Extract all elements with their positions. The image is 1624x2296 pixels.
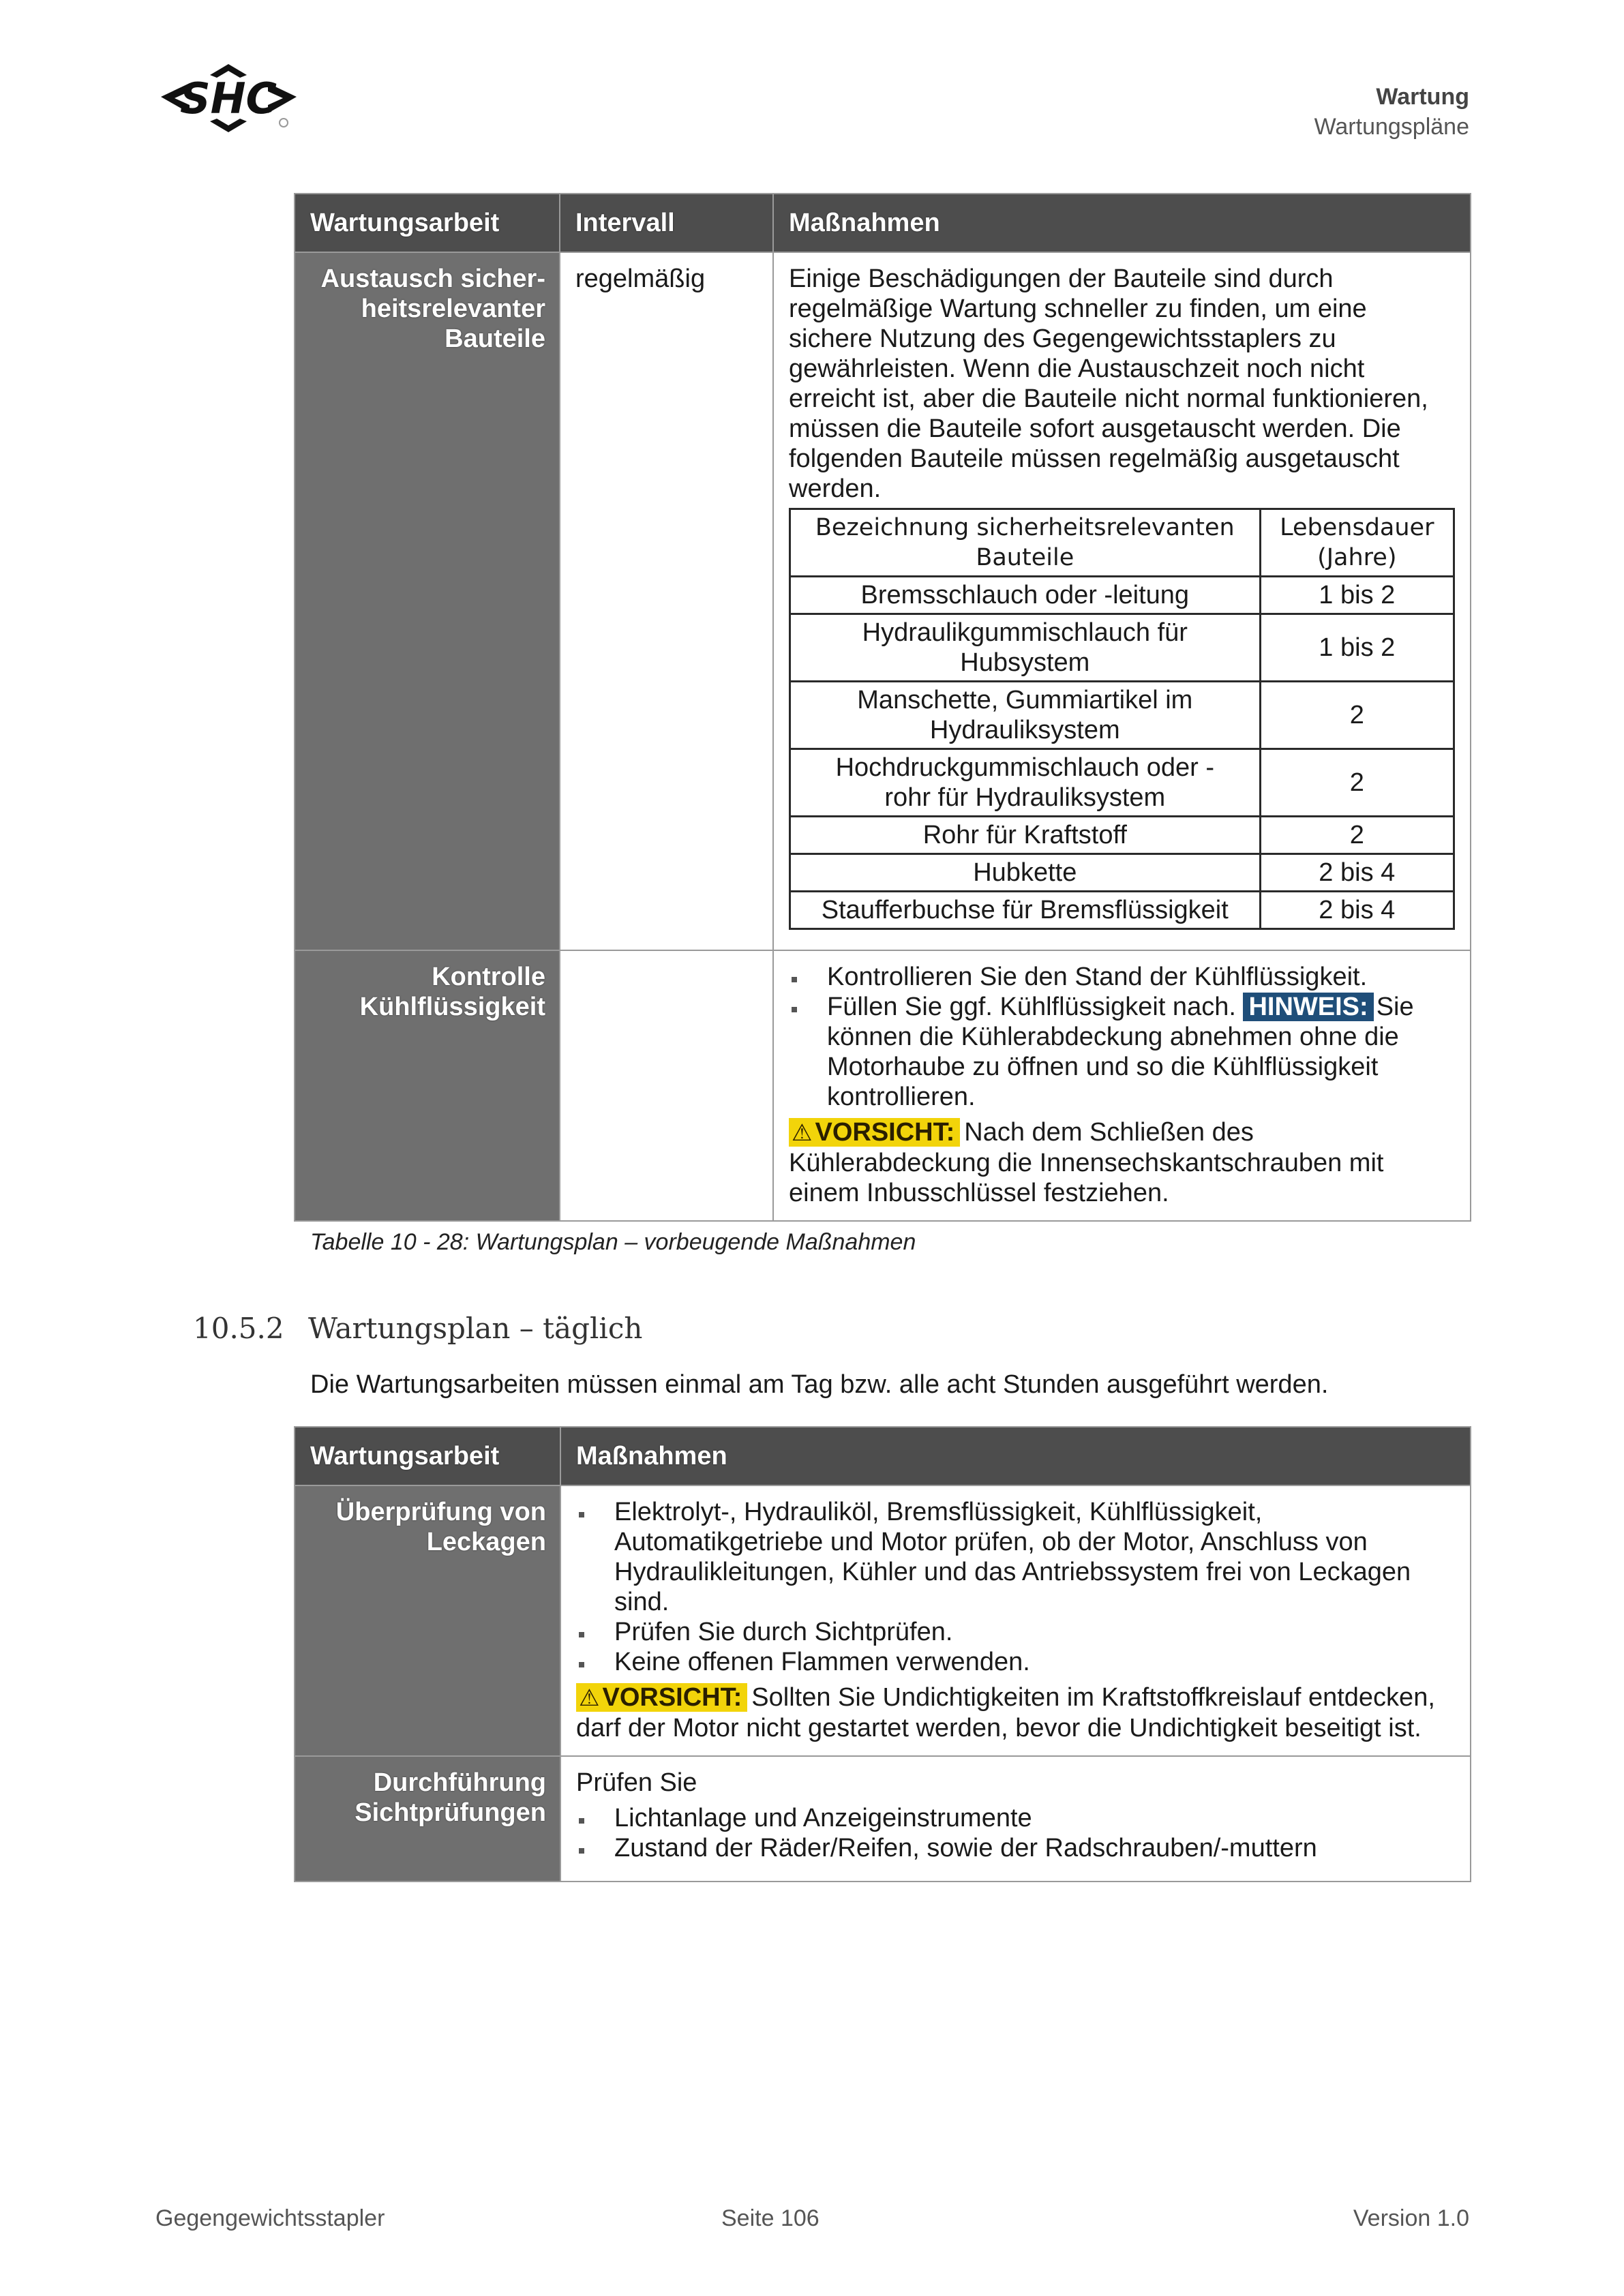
warning-triangle-icon: ⚠ bbox=[792, 1120, 812, 1146]
list-item: Kontrollieren Sie den Stand der Kühlflüs… bbox=[789, 962, 1455, 992]
footer-version: Version 1.0 bbox=[1353, 2205, 1469, 2232]
inner-col-life: Lebensdauer (Jahre) bbox=[1260, 509, 1454, 577]
lifetime-row: Hochdruckgummischlauch oder -rohr für Hy… bbox=[790, 749, 1454, 817]
maintenance-table-daily: Wartungsarbeit Maßnahmen Überprüfung von… bbox=[294, 1426, 1471, 1882]
col-header-measures: Maßnahmen bbox=[773, 194, 1471, 252]
measures-text: Einige Beschädigungen der Bauteile sind … bbox=[789, 264, 1455, 504]
task-cell: Durchführung Sichtprüfungen bbox=[295, 1756, 560, 1882]
section-intro: Die Wartungsarbeiten müssen einmal am Ta… bbox=[310, 1370, 1328, 1400]
section-title: Wartungsplan – täglich bbox=[308, 1312, 642, 1345]
note-badge: HINWEIS: bbox=[1243, 993, 1373, 1021]
bullet-list: Kontrollieren Sie den Stand der Kühlflüs… bbox=[789, 962, 1455, 1112]
section-number: 10.5.2 bbox=[193, 1312, 284, 1345]
bullet-list: Lichtanlage und Anzeigeinstrumente Zusta… bbox=[576, 1803, 1455, 1863]
caution-badge: ⚠VORSICHT: bbox=[576, 1683, 747, 1712]
caution-note: ⚠VORSICHT:Sollten Sie Undichtigkeiten im… bbox=[576, 1682, 1455, 1743]
svg-text:SHC: SHC bbox=[180, 74, 277, 123]
col-header-measures: Maßnahmen bbox=[560, 1427, 1471, 1485]
lifetime-row: Staufferbuchse für Bremsflüssigkeit2 bis… bbox=[790, 892, 1454, 929]
maintenance-table-preventive: Wartungsarbeit Intervall Maßnahmen Austa… bbox=[294, 193, 1471, 1222]
lifetime-row: Rohr für Kraftstoff2 bbox=[790, 817, 1454, 854]
table-row: Überprüfung von Leckagen Elektrolyt-, Hy… bbox=[295, 1485, 1471, 1756]
list-item: Lichtanlage und Anzeigeinstrumente bbox=[576, 1803, 1455, 1833]
footer-product: Gegengewichtsstapler bbox=[155, 2205, 385, 2232]
caution-badge: ⚠VORSICHT: bbox=[789, 1118, 960, 1147]
bullet-list: Elektrolyt-, Hydrauliköl, Bremsflüssigke… bbox=[576, 1497, 1455, 1677]
list-item: Prüfen Sie durch Sichtprüfen. bbox=[576, 1617, 1455, 1647]
shc-logo-icon: SHC bbox=[155, 61, 302, 136]
task-cell: Kontrolle Kühlflüssigkeit bbox=[295, 950, 560, 1221]
list-item: Keine offenen Flammen verwenden. bbox=[576, 1647, 1455, 1677]
measures-cell: Prüfen Sie Lichtanlage und Anzeigeinstru… bbox=[560, 1756, 1471, 1882]
subchapter-title: Wartungspläne bbox=[1314, 112, 1469, 142]
running-header: Wartung Wartungspläne bbox=[1314, 82, 1469, 142]
chapter-title: Wartung bbox=[1314, 82, 1469, 112]
lifetime-row: Manschette, Gummiartikel im Hydrauliksys… bbox=[790, 682, 1454, 749]
table-row: Kontrolle Kühlflüssigkeit Kontrollieren … bbox=[295, 950, 1471, 1221]
measures-cell: Kontrollieren Sie den Stand der Kühlflüs… bbox=[773, 950, 1471, 1221]
col-header-task: Wartungsarbeit bbox=[295, 1427, 560, 1485]
list-item: Zustand der Räder/Reifen, sowie der Rads… bbox=[576, 1833, 1455, 1863]
lifetime-row: Hubkette2 bis 4 bbox=[790, 854, 1454, 892]
measures-lead: Prüfen Sie bbox=[576, 1768, 1455, 1798]
interval-cell bbox=[560, 950, 773, 1221]
caution-note: ⚠VORSICHT:Nach dem Schließen des Kühlera… bbox=[789, 1117, 1455, 1208]
warning-triangle-icon: ⚠ bbox=[579, 1685, 599, 1711]
interval-cell: regelmäßig bbox=[560, 252, 773, 950]
list-item: Elektrolyt-, Hydrauliköl, Bremsflüssigke… bbox=[576, 1497, 1455, 1617]
table-row: Durchführung Sichtprüfungen Prüfen Sie L… bbox=[295, 1756, 1471, 1882]
list-item: Füllen Sie ggf. Kühlflüssigkeit nach. HI… bbox=[789, 992, 1455, 1112]
table-caption: Tabelle 10 - 28: Wartungsplan – vorbeuge… bbox=[310, 1229, 916, 1256]
footer-page-number: Seite 106 bbox=[721, 2205, 819, 2232]
task-cell: Überprüfung von Leckagen bbox=[295, 1485, 560, 1756]
col-header-task: Wartungsarbeit bbox=[295, 194, 560, 252]
inner-col-part: Bezeichnung sicherheitsrelevanten Bautei… bbox=[790, 509, 1261, 577]
lifetime-row: Hydraulikgummischlauch für Hubsystem1 bi… bbox=[790, 614, 1454, 682]
measures-cell: Elektrolyt-, Hydrauliköl, Bremsflüssigke… bbox=[560, 1485, 1471, 1756]
lifetime-table: Bezeichnung sicherheitsrelevanten Bautei… bbox=[789, 508, 1455, 930]
col-header-interval: Intervall bbox=[560, 194, 773, 252]
company-logo: SHC bbox=[155, 61, 302, 136]
task-cell: Austausch sicher- heitsrelevanter Bautei… bbox=[295, 252, 560, 950]
lifetime-row: Bremsschlauch oder -leitung1 bis 2 bbox=[790, 577, 1454, 614]
table-row: Austausch sicher- heitsrelevanter Bautei… bbox=[295, 252, 1471, 950]
measures-cell: Einige Beschädigungen der Bauteile sind … bbox=[773, 252, 1471, 950]
